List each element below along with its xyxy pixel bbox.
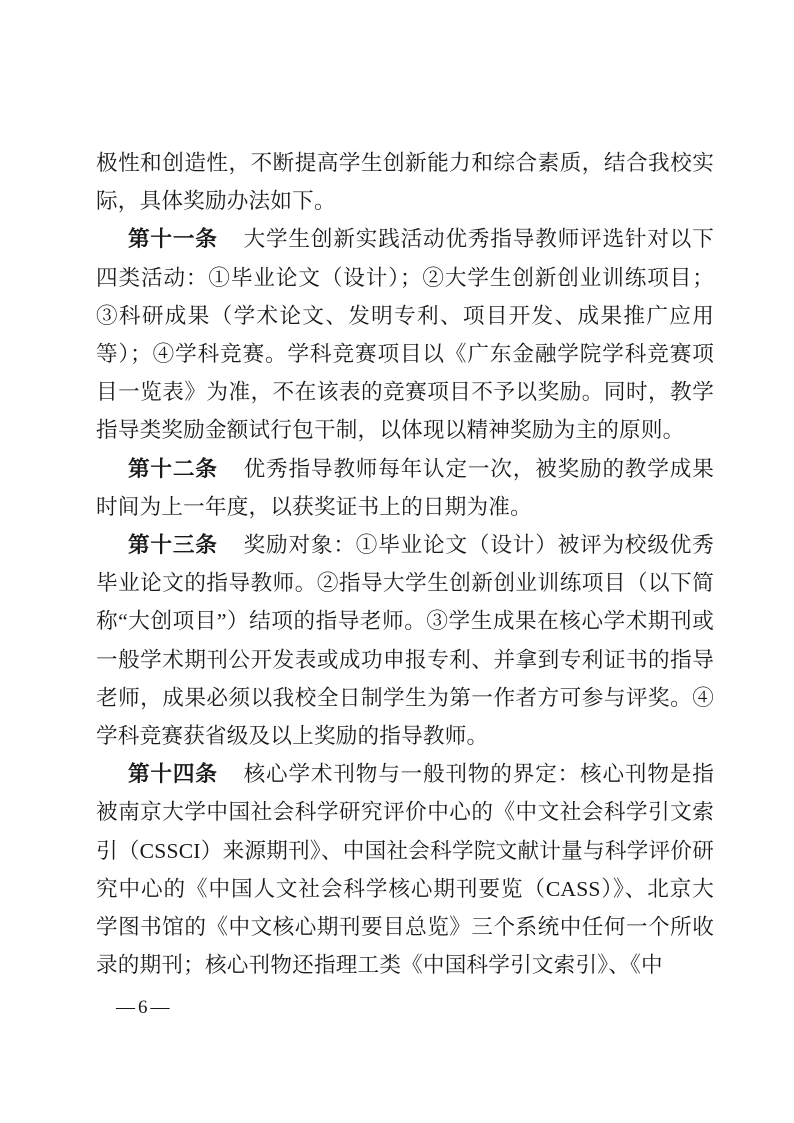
paragraph-article-13: 第十三条奖励对象：①毕业论文（设计）被评为校级优秀毕业论文的指导教师。②指导大学… (96, 526, 714, 755)
document-content: 极性和创造性，不断提高学生创新能力和综合素质，结合我校实际，具体奖励办法如下。 … (96, 144, 714, 984)
page-number: —6— (116, 997, 173, 1018)
page-footer: —6— (116, 997, 173, 1019)
paragraph-article-14: 第十四条核心学术刊物与一般刊物的界定：核心刊物是指被南京大学中国社会科学研究评价… (96, 755, 714, 984)
paragraph-continuation: 极性和创造性，不断提高学生创新能力和综合素质，结合我校实际，具体奖励办法如下。 (96, 144, 714, 220)
paragraph-text: 奖励对象：①毕业论文（设计）被评为校级优秀毕业论文的指导教师。②指导大学生创新创… (96, 533, 714, 748)
article-number: 第十二条 (128, 456, 218, 481)
article-number: 第十一条 (128, 226, 218, 251)
paragraph-text: 大学生创新实践活动优秀指导教师评选针对以下四类活动：①毕业论文（设计）；②大学生… (96, 227, 714, 442)
paragraph-article-11: 第十一条大学生创新实践活动优秀指导教师评选针对以下四类活动：①毕业论文（设计）；… (96, 220, 714, 449)
article-number: 第十三条 (128, 532, 218, 557)
document-page: 极性和创造性，不断提高学生创新能力和综合素质，结合我校实际，具体奖励办法如下。 … (0, 0, 794, 1123)
paragraph-article-12: 第十二条优秀指导教师每年认定一次，被奖励的教学成果时间为上一年度，以获奖证书上的… (96, 450, 714, 526)
paragraph-text: 核心学术刊物与一般刊物的界定：核心刊物是指被南京大学中国社会科学研究评价中心的《… (96, 762, 714, 977)
article-number: 第十四条 (128, 761, 218, 786)
paragraph-text: 极性和创造性，不断提高学生创新能力和综合素质，结合我校实际，具体奖励办法如下。 (96, 151, 714, 213)
